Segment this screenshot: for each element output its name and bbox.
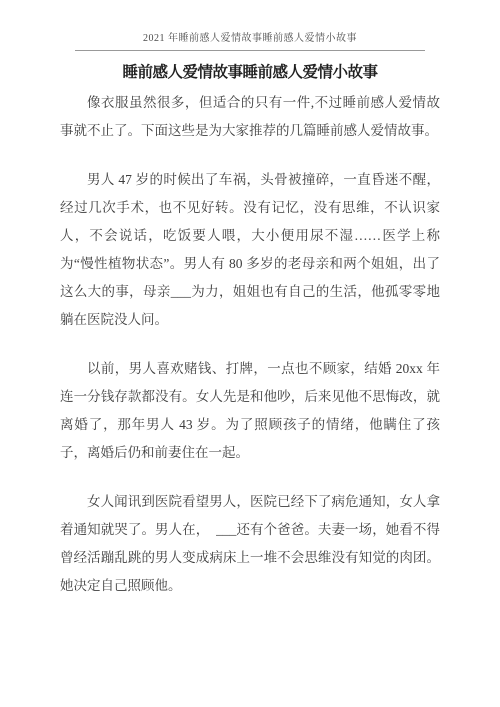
paragraph-past: 以前，男人喜欢赌钱、打牌，一点也不顾家，结婚 20xx 年连一分钱存款都没有。女… xyxy=(60,355,440,467)
document-page: 2021 年睡前感人爱情故事睡前感人爱情小故事 睡前感人爱情故事睡前感人爱情小故… xyxy=(0,0,500,707)
paragraph-accident: 男人 47 岁的时候出了车祸，头骨被撞碎，一直昏迷不醒，经过几次手术，也不见好转… xyxy=(60,166,440,334)
page-header: 2021 年睡前感人爱情故事睡前感人爱情小故事 xyxy=(75,0,425,51)
header-running-title: 2021 年睡前感人爱情故事睡前感人爱情小故事 xyxy=(75,29,425,44)
paragraph-hospital: 女人闻讯到医院看望男人，医院已经下了病危通知，女人拿着通知就哭了。男人在， __… xyxy=(60,488,440,600)
document-body: 像衣服虽然很多，但适合的只有一件,不过睡前感人爱情故事就不止了。下面这些是为大家… xyxy=(60,89,440,600)
paragraph-intro: 像衣服虽然很多，但适合的只有一件,不过睡前感人爱情故事就不止了。下面这些是为大家… xyxy=(60,89,440,145)
page-title: 睡前感人爱情故事睡前感人爱情小故事 xyxy=(0,64,500,82)
